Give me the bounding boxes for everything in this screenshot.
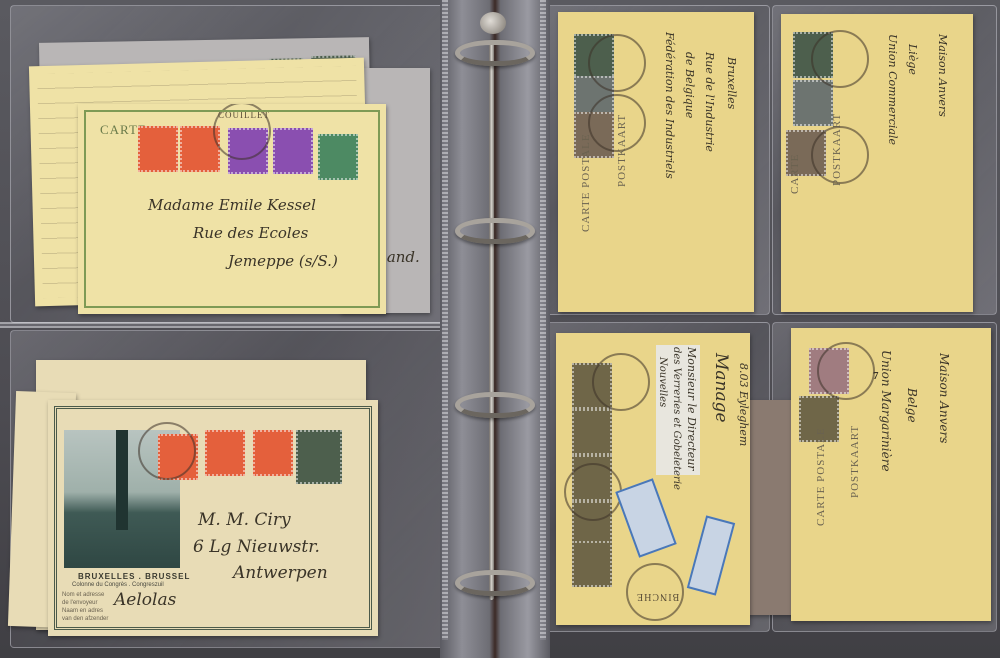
address-line: Maison Anvers bbox=[937, 353, 951, 443]
printed-carte: CARTE bbox=[789, 154, 801, 194]
postmark bbox=[811, 30, 869, 88]
postmark bbox=[138, 422, 196, 480]
sender-label: Naam en adres bbox=[62, 608, 103, 614]
address-line: Belge bbox=[905, 388, 919, 423]
address-line: Liège bbox=[906, 44, 919, 75]
postmark bbox=[588, 34, 646, 92]
binder-ring-1[interactable] bbox=[455, 40, 535, 66]
sender-label: de l'envoyeur bbox=[62, 600, 98, 606]
column-monument bbox=[116, 430, 128, 530]
stamp bbox=[572, 541, 612, 587]
signature: Aelolas bbox=[114, 590, 176, 610]
caption-subtitle: Colonne du Congrès . Congreszuil bbox=[72, 582, 164, 588]
back-card-photo bbox=[745, 400, 795, 615]
printed-postkaart: POSTKAART bbox=[831, 113, 843, 186]
album-photo: rnand. CARTE COUILLET Madame Emile Kesse… bbox=[0, 0, 1000, 658]
address-line: Jemeppe (s/S.) bbox=[228, 252, 338, 270]
right-sleeve-perforation bbox=[540, 0, 546, 640]
address-line: Union Commerciale bbox=[886, 34, 899, 145]
stamp bbox=[138, 126, 178, 172]
binder-ring-3[interactable] bbox=[455, 392, 535, 418]
postmark bbox=[564, 463, 622, 521]
postcard-couillet: CARTE COUILLET Madame Emile Kessel Rue d… bbox=[78, 104, 386, 314]
address-line: Rue de l'Industrie bbox=[703, 52, 716, 152]
postcard-union-commerciale: CARTE POSTKAART Union Commerciale Liège … bbox=[781, 14, 973, 312]
postmark-text: COUILLET bbox=[218, 110, 270, 120]
caption-title: BRUXELLES . BRUSSEL bbox=[78, 572, 190, 581]
address-line: Bruxelles bbox=[725, 57, 738, 109]
address-line: Maison Anvers bbox=[936, 34, 949, 117]
address-line: Union Margarinière bbox=[879, 350, 893, 472]
printed-postkaart: POSTKAART bbox=[849, 425, 861, 498]
stamp bbox=[205, 430, 245, 476]
registration-label bbox=[615, 478, 677, 557]
address-line: de Belgique bbox=[683, 52, 696, 118]
printed-carte-postale: CARTE POSTALE bbox=[580, 133, 592, 232]
stamp-king bbox=[296, 430, 342, 484]
printed-carte-postale: CARTE POSTALE bbox=[815, 427, 827, 526]
postcard-bruxelles: BRUXELLES . BRUSSEL Colonne du Congrès .… bbox=[48, 400, 378, 636]
binder-screw bbox=[480, 12, 506, 34]
postmark bbox=[592, 353, 650, 411]
binder-rod bbox=[489, 40, 494, 600]
printed-postkaart: POSTKAART bbox=[616, 114, 628, 187]
registration-label bbox=[687, 515, 735, 595]
note: 8.03 Eyleghem bbox=[737, 363, 750, 446]
address-line: Madame Emile Kessel bbox=[148, 196, 316, 214]
stamp bbox=[318, 134, 358, 180]
binder-ring-2[interactable] bbox=[455, 218, 535, 244]
address-line: Antwerpen bbox=[233, 563, 328, 583]
stamp bbox=[572, 409, 612, 455]
destination: Manage bbox=[711, 353, 731, 423]
postcard-verreries: BINCHE Monsieur le Directeur des Verreri… bbox=[556, 333, 750, 625]
binder-spine bbox=[440, 0, 550, 658]
address-line: des Verreries et Gobeleterie bbox=[671, 347, 682, 490]
binder-ring-4[interactable] bbox=[455, 570, 535, 596]
stamp bbox=[273, 128, 313, 174]
address-line: M. M. Ciry bbox=[198, 510, 291, 530]
postmark bbox=[817, 342, 875, 400]
sender-label: Nom et adresse bbox=[62, 592, 104, 598]
stamp bbox=[793, 80, 833, 126]
left-sleeve-seam bbox=[0, 322, 450, 328]
stamp bbox=[253, 430, 293, 476]
address-line: Fédération des Industriels bbox=[663, 32, 676, 179]
address-line: Rue des Ecoles bbox=[193, 224, 308, 242]
postmark-text: BINCHE bbox=[636, 591, 679, 602]
address-line: Monsieur le Directeur bbox=[685, 347, 698, 471]
address-line: Nouvelles bbox=[657, 357, 668, 407]
sender-label: van den afzender bbox=[62, 616, 108, 622]
left-sleeve-perforation bbox=[442, 0, 448, 640]
postcard-federation: CARTE POSTALE POSTKAART Fédération des I… bbox=[558, 12, 754, 312]
postcard-union-margariniere: 7 CARTE POSTALE POSTKAART Union Margarin… bbox=[791, 328, 991, 621]
address-line: 6 Lg Nieuwstr. bbox=[193, 537, 320, 557]
